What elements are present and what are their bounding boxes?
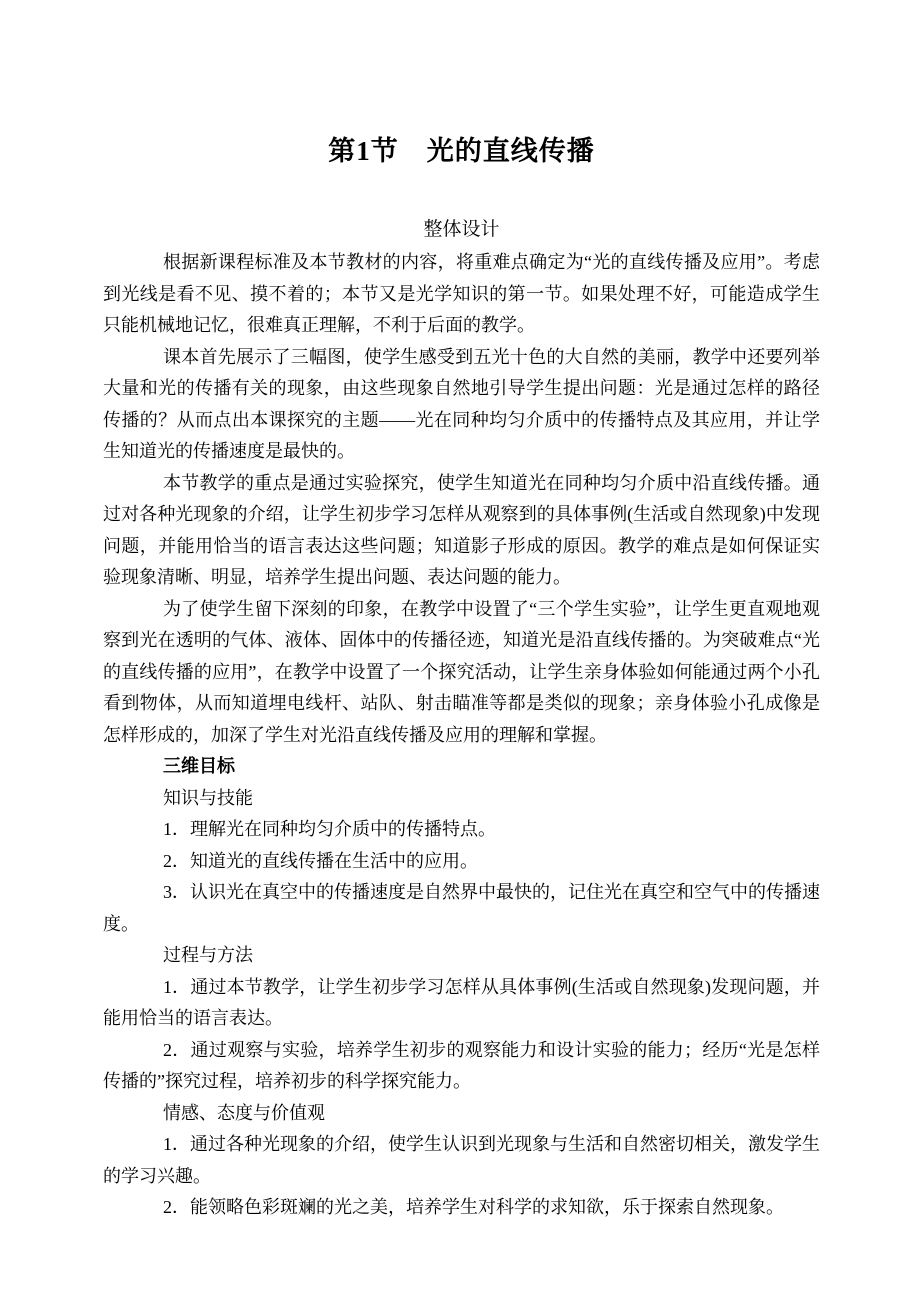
overall-design-heading: 整体设计 — [103, 214, 820, 245]
process-methods-item-1: 1．通过本节教学，让学生初步学习怎样从具体事例(生活或自然现象)发现问题，并能用… — [103, 972, 820, 1035]
design-paragraph-3: 本节教学的重点是通过实验探究，使学生知道光在同种均匀介质中沿直线传播。通过对各种… — [103, 468, 820, 594]
subsection-heading-emotion-attitude-values: 情感、态度与价值观 — [103, 1098, 820, 1130]
document-title: 第1节 光的直线传播 — [103, 134, 820, 168]
subsection-heading-process-methods: 过程与方法 — [103, 940, 820, 972]
knowledge-skills-item-1: 1．理解光在同种均匀介质中的传播特点。 — [103, 814, 820, 846]
emotion-attitude-item-2: 2．能领略色彩斑斓的光之美，培养学生对科学的求知欲，乐于探索自然现象。 — [103, 1192, 820, 1224]
knowledge-skills-item-3: 3．认识光在真空中的传播速度是自然界中最快的，记住光在真空和空气中的传播速度。 — [103, 877, 820, 940]
design-paragraph-4: 为了使学生留下深刻的印象，在教学中设置了“三个学生实验”，让学生更直观地观察到光… — [103, 594, 820, 752]
process-methods-item-2: 2．通过观察与实验，培养学生初步的观察能力和设计实验的能力；经历“光是怎样传播的… — [103, 1035, 820, 1098]
knowledge-skills-item-2: 2．知道光的直线传播在生活中的应用。 — [103, 846, 820, 878]
objectives-heading: 三维目标 — [103, 751, 820, 783]
subsection-heading-knowledge-skills: 知识与技能 — [103, 783, 820, 815]
design-paragraph-2: 课本首先展示了三幅图，使学生感受到五光十色的大自然的美丽，教学中还要列举大量和光… — [103, 342, 820, 468]
document-page: 第1节 光的直线传播 整体设计 根据新课程标准及本节教材的内容，将重难点确定为“… — [0, 0, 920, 1302]
emotion-attitude-item-1: 1．通过各种光现象的介绍，使学生认识到光现象与生活和自然密切相关，激发学生的学习… — [103, 1129, 820, 1192]
design-paragraph-1: 根据新课程标准及本节教材的内容，将重难点确定为“光的直线传播及应用”。考虑到光线… — [103, 247, 820, 342]
